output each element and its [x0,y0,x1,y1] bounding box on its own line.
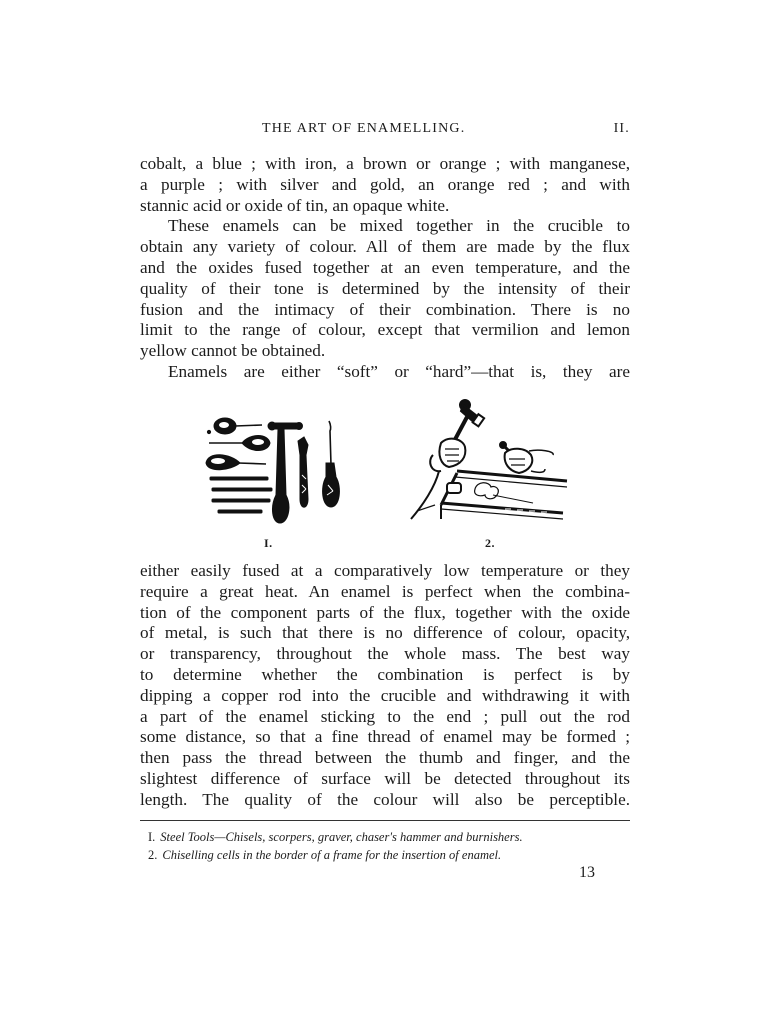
text-line: a part of the enamel sticking to the end… [140,707,630,728]
text-line: obtain any variety of colour. All of the… [140,237,630,258]
footnote-number: 2. [148,848,157,862]
book-page: THE ART OF ENAMELLING. II. cobalt, a blu… [0,0,761,1024]
text-line: require a great heat. An enamel is perfe… [140,582,630,603]
text-line: fusion and the intimacy of their combina… [140,300,630,321]
text-line: and the oxides fused together at an even… [140,258,630,279]
text-line: to determine whether the combination is … [140,665,630,686]
text-line: or transparency, throughout the whole ma… [140,644,630,665]
page-number: 13 [579,864,595,882]
footnote-number: I. [148,830,155,844]
hands-chiselling-drawing-icon [405,395,570,527]
tools-drawing-icon [200,415,340,527]
text-line: slightest difference of surface will be … [140,769,630,790]
footnote-text: Steel Tools—Chisels, scorpers, graver, c… [160,830,522,844]
running-head: THE ART OF ENAMELLING. II. [140,121,630,141]
text-line: dipping a copper rod into the crucible a… [140,686,630,707]
footnote-divider [140,820,630,821]
text-line: quality of their tone is determined by t… [140,279,630,300]
text-line: Enamels are either “soft” or “hard”—that… [140,362,630,383]
running-head-title: THE ART OF ENAMELLING. [262,121,465,137]
steel-tools-illustration [200,415,340,527]
chapter-number: II. [614,121,630,137]
text-line: either easily fused at a comparatively l… [140,561,630,582]
text-line: tion of the component parts of the flux,… [140,603,630,624]
figure-2-label: 2. [485,536,495,551]
text-line: These enamels can be mixed together in t… [140,216,630,237]
text-line: some distance, so that a fine thread of … [140,727,630,748]
text-line: cobalt, a blue ; with iron, a brown or o… [140,154,630,175]
footnote-text: Chiselling cells in the border of a fram… [162,848,501,862]
text-line: a purple ; with silver and gold, an oran… [140,175,630,196]
footnotes: I.Steel Tools—Chisels, scorpers, graver,… [140,828,630,864]
text-line: stannic acid or oxide of tin, an opaque … [140,196,630,217]
text-line: limit to the range of colour, except tha… [140,320,630,341]
text-line: then pass the thread between the thumb a… [140,748,630,769]
body-text-top: cobalt, a blue ; with iron, a brown or o… [140,154,630,383]
figure-1-label: I. [264,536,273,551]
text-line: yellow cannot be obtained. [140,341,630,362]
chiselling-frame-illustration [405,395,570,527]
text-line: length. The quality of the colour will a… [140,790,630,811]
body-text-bottom: either easily fused at a comparatively l… [140,561,630,811]
text-line: of metal, is such that there is no diffe… [140,623,630,644]
footnote-2: 2.Chiselling cells in the border of a fr… [140,846,630,864]
footnote-1: I.Steel Tools—Chisels, scorpers, graver,… [140,828,630,846]
